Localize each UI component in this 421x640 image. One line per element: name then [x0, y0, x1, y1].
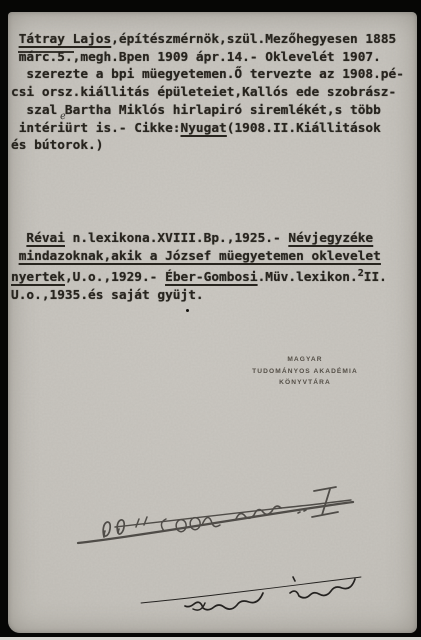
typewritten-line: szal Bartha Miklós hirlapiró siremlékét,… — [11, 102, 417, 120]
typewritten-line: mindazoknak,akik a József müegyetemen ok… — [11, 248, 417, 266]
typewritten-line: U.o.,1935.és saját gyüjt. — [11, 287, 417, 305]
typewritten-paragraph-sources: Révai n.lexikona.XVIII.Bp.,1925.- Névjeg… — [11, 230, 417, 305]
typewritten-line: Tátray Lajos,építészmérnök,szül.Mezőhegy… — [11, 31, 417, 49]
handwritten-note-pencil-crossed-out — [60, 475, 360, 555]
typewritten-line: intériürt is.- Cikke:Nyugat(1908.II.Kiál… — [11, 120, 417, 138]
library-stamp: MAGYAR TUDOMÁNYOS AKADÉMIA KÖNYVTÁRA — [230, 354, 380, 389]
stamp-line-1: MAGYAR — [230, 354, 380, 366]
handwritten-correction: e — [59, 111, 66, 123]
photo-background: Tátray Lajos,építészmérnök,szül.Mezőhegy… — [0, 0, 421, 640]
catalog-card: Tátray Lajos,építészmérnök,szül.Mezőhegy… — [8, 12, 417, 633]
typewritten-line: márc.5.,megh.Bpen 1909 ápr.14.- Oklevelé… — [11, 49, 417, 67]
typewritten-line: szerezte a bpi müegyetemen.Ő tervezte az… — [11, 66, 417, 84]
typewritten-line: és bútorok.) — [11, 137, 417, 155]
handwritten-note-ink — [135, 553, 375, 618]
ink-dot — [186, 309, 189, 312]
typewritten-line: nyertek,U.o.,1929.- Éber-Gombosi.Müv.lex… — [11, 265, 417, 287]
stamp-line-2: TUDOMÁNYOS AKADÉMIA — [230, 366, 380, 378]
typewritten-line: csi orsz.kiállitás épületeiet,Kallós ede… — [11, 84, 417, 102]
typewritten-line: Révai n.lexikona.XVIII.Bp.,1925.- Névjeg… — [11, 230, 417, 248]
typewritten-paragraph-biography: Tátray Lajos,építészmérnök,szül.Mezőhegy… — [11, 31, 417, 155]
stamp-line-3: KÖNYVTÁRA — [230, 377, 380, 389]
